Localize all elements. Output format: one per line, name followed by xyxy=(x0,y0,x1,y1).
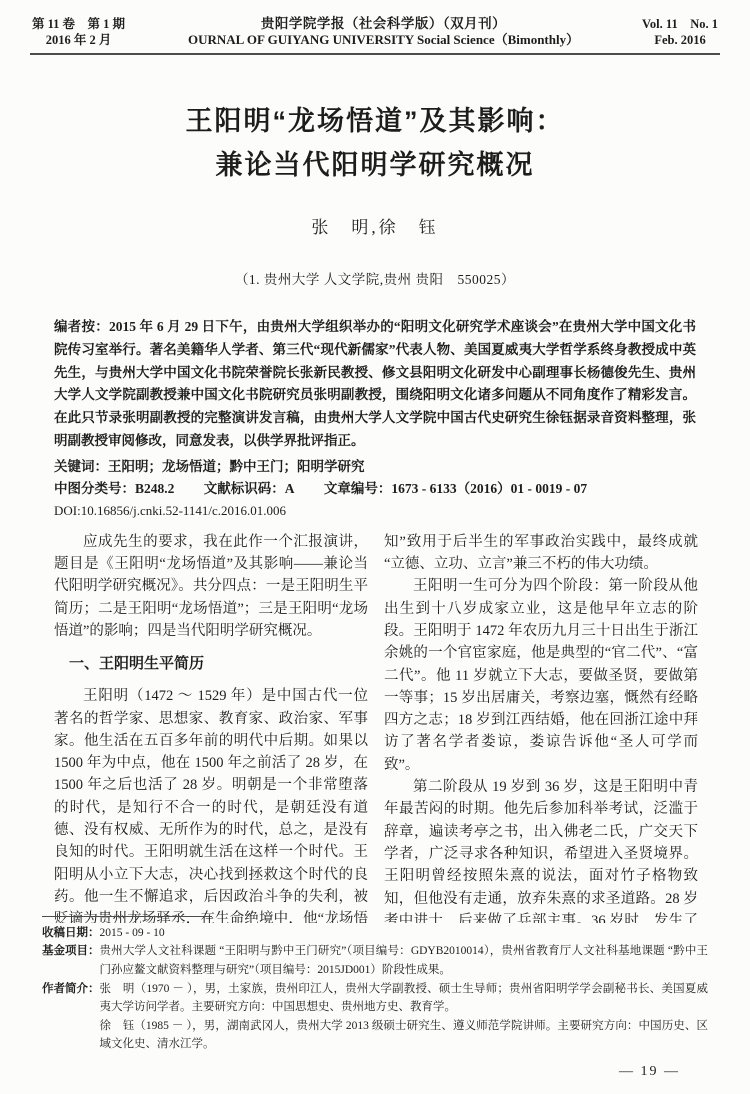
article-title: 王阳明“龙场悟道”及其影响： 兼论当代阳明学研究概况 xyxy=(0,99,750,187)
body-column-left: 应成先生的要求，我在此作一个汇报演讲，题目是《王阳明“龙场悟道”及其影响——兼论… xyxy=(54,531,368,923)
issue-date-cn: 2016 年 2 月 xyxy=(32,32,125,48)
editor-note: 编者按：2015 年 6 月 29 日下午，由贵州大学组织举办的“阳明文化研究学… xyxy=(54,316,696,453)
issue-volume-en: Vol. 11 No. 1 xyxy=(642,16,718,32)
received-date-value: 2015 - 09 - 10 xyxy=(100,924,709,943)
body-paragraph: 第二阶段从 19 岁到 36 岁，这是王阳明中青年最苦闷的时期。他先后参加科举考… xyxy=(384,776,698,923)
received-date-label: 收稿日期： xyxy=(42,924,100,943)
section-heading-1: 一、王阳明生平简历 xyxy=(54,653,368,675)
issue-info-en: Vol. 11 No. 1 Feb. 2016 xyxy=(642,16,718,48)
page-number: — 19 — xyxy=(42,1064,708,1080)
author-bio-2: 徐 钰（1985 － ），男，湖南武冈人，贵州大学 2013 级硕士研究生、遵义… xyxy=(100,1020,709,1051)
journal-title-cn: 贵阳学院学报（社会科学版）（双月刊） xyxy=(188,16,579,32)
keywords-label: 关键词： xyxy=(54,459,108,474)
fund-project-row: 基金项目： 贵州大学人文社科课题 “王阳明与黔中王门研究”（项目编号：GDYB2… xyxy=(42,942,708,979)
article-id-value: 1673 - 6133（2016）01 - 0019 - 07 xyxy=(391,481,587,496)
classification-line: 中图分类号：B248.2 文献标识码：A 文章编号：1673 - 6133（20… xyxy=(54,478,696,500)
issue-info: 第 11 卷 第 1 期 2016 年 2 月 xyxy=(32,16,125,48)
author-affiliation: （1. 贵州大学 人文学院,贵州 贵阳 550025） xyxy=(0,268,750,288)
body-paragraph: 王阳明（1472 ～ 1529 年）是中国古代一位著名的哲学家、思想家、教育家、… xyxy=(54,685,368,923)
header-divider xyxy=(30,53,720,55)
keywords-text: 王阳明；龙场悟道；黔中王门；阳明学研究 xyxy=(108,459,365,474)
author-bio-row: 作者简介： 张 明（1970 － ），男，土家族，贵州印江人，贵州大学副教授、硕… xyxy=(42,980,708,1054)
article-body: 应成先生的要求，我在此作一个汇报演讲，题目是《王阳明“龙场悟道”及其影响——兼论… xyxy=(54,531,698,923)
journal-page: 第 11 卷 第 1 期 2016 年 2 月 贵阳学院学报（社会科学版）（双月… xyxy=(0,0,750,1094)
issue-volume-cn: 第 11 卷 第 1 期 xyxy=(32,16,125,32)
doi-line: DOI:10.16856/j.cnki.52-1141/c.2016.01.00… xyxy=(54,500,696,522)
editor-note-text: 2015 年 6 月 29 日下午，由贵州大学组织举办的“阳明文化研究学术座谈会… xyxy=(54,319,696,448)
author-bio-label: 作者简介： xyxy=(42,980,100,1054)
body-column-right: 知”致用于后半生的军事政治实践中，最终成就“立德、立功、立言”兼三不朽的伟大功绩… xyxy=(384,531,698,923)
keywords-line: 关键词：王阳明；龙场悟道；黔中王门；阳明学研究 xyxy=(54,456,696,478)
journal-masthead: 第 11 卷 第 1 期 2016 年 2 月 贵阳学院学报（社会科学版）（双月… xyxy=(0,0,750,48)
article-id-label: 文章编号： xyxy=(324,481,392,496)
editor-note-label: 编者按： xyxy=(54,319,109,334)
issue-date-en: Feb. 2016 xyxy=(642,32,718,48)
journal-title-block: 贵阳学院学报（社会科学版）（双月刊） OURNAL OF GUIYANG UNI… xyxy=(188,16,579,48)
body-paragraph-continuation: 知”致用于后半生的军事政治实践中，最终成就“立德、立功、立言”兼三不朽的伟大功绩… xyxy=(384,531,698,576)
author-names: 张 明,徐 钰 xyxy=(0,213,750,238)
doc-code-value: A xyxy=(285,481,295,496)
footnote-divider xyxy=(42,916,212,917)
article-title-line1: 王阳明“龙场悟道”及其影响： xyxy=(186,106,565,136)
article-title-line2: 兼论当代阳明学研究概况 xyxy=(216,150,535,180)
fund-project-label: 基金项目： xyxy=(42,942,100,979)
author-bio-1: 张 明（1970 － ），男，土家族，贵州印江人，贵州大学副教授、硕士生导师；贵… xyxy=(100,983,709,1014)
page-footer: 收稿日期： 2015 - 09 - 10 基金项目： 贵州大学人文社科课题 “王… xyxy=(0,916,750,1080)
doc-code-label: 文献标识码： xyxy=(204,481,285,496)
fund-project-text: 贵州大学人文社科课题 “王阳明与黔中王门研究”（项目编号：GDYB2010014… xyxy=(100,942,709,979)
clc-value: B248.2 xyxy=(135,481,174,496)
body-paragraph: 王阳明一生可分为四个阶段：第一阶段从他出生到十八岁成家立业，这是他早年立志的阶段… xyxy=(384,575,698,776)
author-bio-text: 张 明（1970 － ），男，土家族，贵州印江人，贵州大学副教授、硕士生导师；贵… xyxy=(100,980,709,1054)
clc-label: 中图分类号： xyxy=(54,481,135,496)
journal-title-en: OURNAL OF GUIYANG UNIVERSITY Social Scie… xyxy=(188,32,579,48)
body-paragraph: 应成先生的要求，我在此作一个汇报演讲，题目是《王阳明“龙场悟道”及其影响——兼论… xyxy=(54,531,368,642)
received-date-row: 收稿日期： 2015 - 09 - 10 xyxy=(42,924,708,943)
